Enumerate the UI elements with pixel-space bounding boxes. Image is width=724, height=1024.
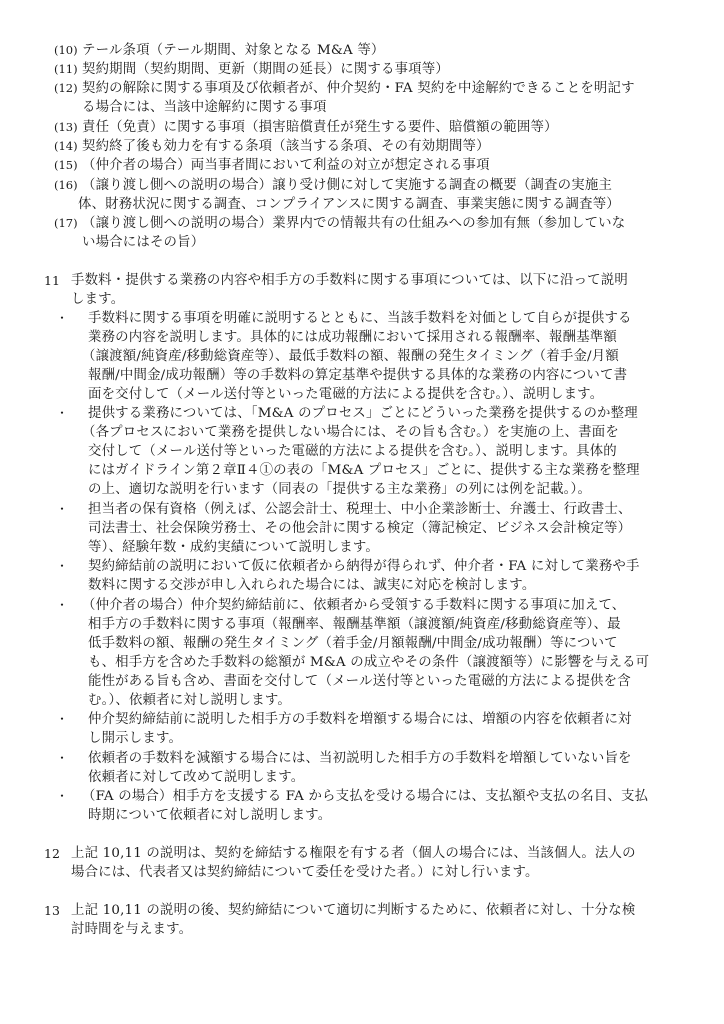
bullet-dot-icon: ・: [56, 309, 68, 328]
sub-item-text: 体、財務状況に関する調査、コンプライアンスに関する調査、事業実態に関する調査等）: [78, 195, 620, 214]
section-text: 討時間を与えます。: [71, 920, 192, 939]
bullet-text: 司法書士、社会保険労務士、その他会計に関する検定（簿記検定、ビジネス会計検定等）: [88, 519, 631, 538]
sub-item-marker: (16): [54, 176, 78, 195]
section-number: 11: [44, 271, 60, 290]
bullet-text: 手数料に関する事項を明確に説明するとともに、当該手数料を対価として自らが提供する: [88, 309, 632, 328]
sub-item-text: （仲介者の場合）両当事者間において利益の対立が想定される事項: [82, 156, 490, 175]
sub-item-text: 責任（免責）に関する事項（損害賠償責任が発生する要件、賠償額の範囲等）: [82, 118, 558, 137]
sub-item-marker: (11): [54, 60, 78, 79]
section-text: 上記 10,11 の説明は、契約を締結する権限を有する者（個人の場合には、当該個…: [71, 844, 636, 863]
bullet-dot-icon: ・: [56, 787, 68, 806]
section-text: 場合には、代表者又は契約締結について委任を受けた者。）に対し行います。: [71, 863, 539, 882]
bullet-dot-icon: ・: [56, 500, 68, 519]
section-text: 上記 10,11 の説明の後、契約締結について適切に判断するために、依頼者に対し…: [71, 901, 635, 920]
bullet-text: し開示します。: [88, 729, 182, 748]
document-page: (10) テール条項（テール期間、対象となる M&A 等） (11) 契約期間（…: [0, 0, 724, 1024]
sub-item-text: 契約の解除に関する事項及び依頼者が、仲介契約・FA 契約を中途解約できることを明…: [82, 79, 635, 98]
bullet-text: にはガイドライン第２章Ⅱ４①の表の「M&A プロセス」ごとに、提供する主な業務を…: [88, 461, 640, 480]
bullet-text: （譲渡額/純資産/移動総資産等）、最低手数料の額、報酬の発生タイミング（着手金/…: [82, 347, 619, 366]
bullet-text: 業務の内容を説明します。具体的には成功報酬において採用される報酬率、報酬基準額: [88, 328, 617, 347]
bullet-text: 担当者の保有資格（例えば、公認会計士、税理士、中小企業診断士、弁護士、行政書士、: [88, 500, 632, 519]
bullet-dot-icon: ・: [56, 710, 68, 729]
sub-item-text: テール条項（テール期間、対象となる M&A 等）: [82, 41, 385, 60]
sub-item-text: る場合には、当該中途解約に関する事項: [82, 98, 327, 117]
bullet-text: 相手方の手数料に関する事項（報酬率、報酬基準額（譲渡額/純資産/移動総資産等）、…: [88, 615, 621, 634]
bullet-text: （FA の場合）相手方を支援する FA から支払を受ける場合には、支払額や支払の…: [82, 787, 648, 806]
sub-item-marker: (14): [54, 137, 78, 156]
bullet-text: 時期について依頼者に対し説明します。: [88, 806, 331, 825]
bullet-text: 提供する業務については、「M&A のプロセス」ごとにどういった業務を提供するのか…: [88, 404, 638, 423]
sub-item-marker: (10): [54, 41, 78, 60]
bullet-text: 交付して（メール送付等といった電磁的方法による提供を含む。）、説明します。具体的: [88, 442, 617, 461]
sub-item-marker: (17): [54, 214, 78, 233]
bullet-text: （各プロセスにおいて業務を提供しない場合には、その旨も含む。）を実施の上、書面を: [82, 423, 619, 442]
section-text: します。: [71, 290, 124, 309]
section-number: 13: [44, 901, 60, 920]
bullet-text: 契約締結前の説明において仮に依頼者から納得が得られず、仲介者・FA に対して業務…: [88, 557, 640, 576]
bullet-text: も、相手方を含めた手数料の総額が M&A の成立やその条件（譲渡額等）に影響を与…: [88, 653, 649, 672]
sub-item-text: い場合にはその旨）: [82, 233, 204, 252]
bullet-dot-icon: ・: [56, 596, 68, 615]
bullet-text: 数料に関する交渉が申し入れられた場合には、誠実に対応を検討します。: [88, 576, 535, 595]
section-number: 12: [44, 844, 60, 863]
bullet-text: 依頼者に対して改めて説明します。: [88, 768, 304, 787]
sub-item-marker: (15): [54, 156, 78, 175]
sub-item-text: （譲り渡し側への説明の場合）譲り受け側に対して実施する調査の概要（調査の実施主: [82, 176, 612, 195]
sub-item-text: 契約終了後も効力を有する条項（該当する条項、その有効期間等）: [82, 137, 490, 156]
bullet-text: 仲介契約締結前に説明した相手方の手数料を増額する場合には、増額の内容を依頼者に対: [88, 710, 632, 729]
bullet-text: の上、適切な説明を行います（同表の「提供する主な業務」の列には例を記載。）。: [88, 480, 591, 499]
section-text: 手数料・提供する業務の内容や相手方の手数料に関する事項については、以下に沿って説…: [71, 271, 628, 290]
bullet-text: （仲介者の場合）仲介契約締結前に、依頼者から受領する手数料に関する事項に加えて、: [82, 596, 625, 615]
bullet-dot-icon: ・: [56, 404, 68, 423]
sub-item-text: （譲り渡し側への説明の場合）業界内での情報共有の仕組みへの参加有無（参加していな: [82, 214, 625, 233]
sub-item-marker: (13): [54, 118, 78, 137]
bullet-text: 低手数料の額、報酬の発生タイミング（着手金/月額報酬/中間金/成功報酬）等につい…: [88, 634, 618, 653]
bullet-text: む。）、依頼者に対し説明します。: [88, 691, 291, 710]
bullet-text: 報酬/中間金/成功報酬）等の手数料の算定基準や提供する具体的な業務の内容について…: [88, 366, 627, 385]
bullet-text: 等）、経験年数・成約実績について説明します。: [88, 538, 379, 557]
sub-item-text: 契約期間（契約期間、更新（期間の延長）に関する事項等）: [82, 60, 449, 79]
sub-item-marker: (12): [54, 79, 78, 98]
bullet-dot-icon: ・: [56, 557, 68, 576]
bullet-text: 能性がある旨も含め、書面を交付して（メール送付等といった電磁的方法による提供を含: [88, 672, 631, 691]
bullet-text: 面を交付して（メール送付等といった電磁的方法による提供を含む。）、説明します。: [88, 385, 603, 404]
bullet-dot-icon: ・: [56, 749, 68, 768]
bullet-text: 依頼者の手数料を減額する場合には、当初説明した相手方の手数料を増額していない旨を: [88, 749, 632, 768]
